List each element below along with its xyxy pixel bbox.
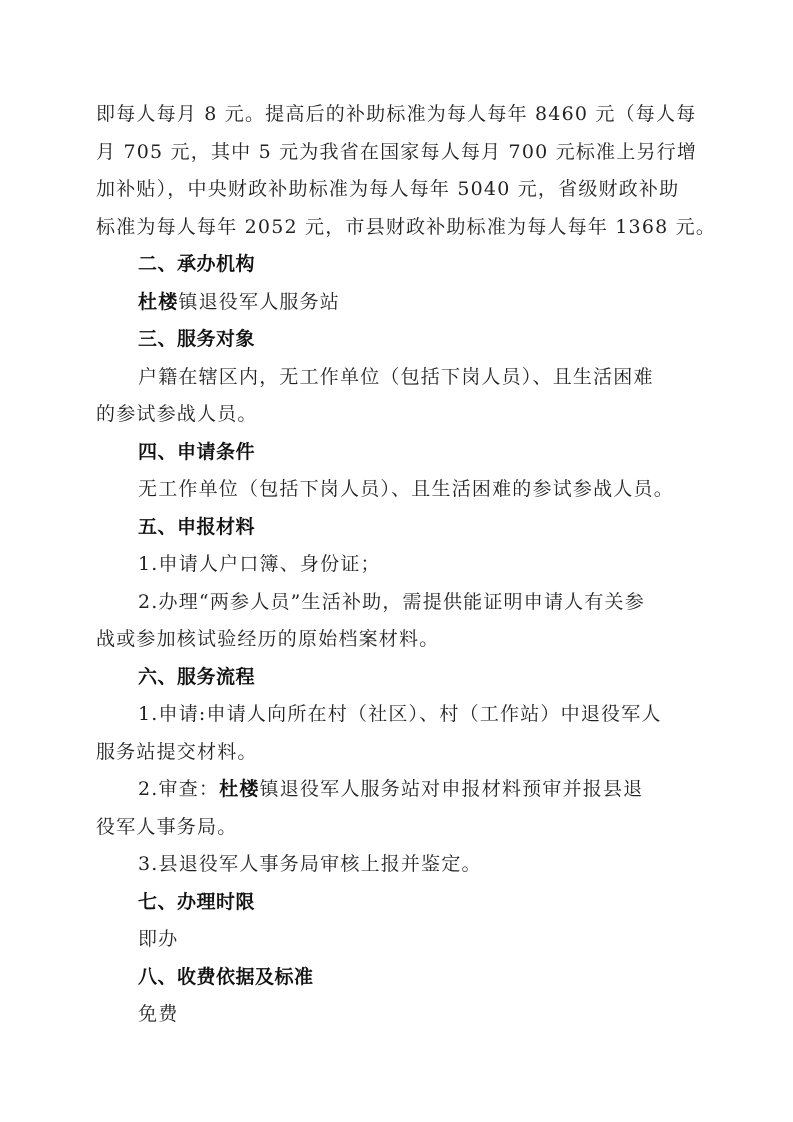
- step-2-prefix: 2.审查：: [138, 778, 219, 800]
- section-heading-time-limit: 七、办理时限: [96, 884, 708, 922]
- paragraph-line: 加补贴），中央财政补助标准为每人每年 5040 元，省级财政补助: [96, 171, 708, 209]
- paragraph-line: 月 705 元，其中 5 元为我省在国家每人每月 700 元标准上另行增: [96, 134, 708, 172]
- organizer-name: 镇退役军人服务站: [178, 291, 340, 313]
- section-heading-organizer: 二、承办机构: [96, 246, 708, 284]
- materials-item-1: 1.申请人户口簿、身份证；: [96, 546, 708, 584]
- document-page: 即每人每月 8 元。提高后的补助标准为每人每年 8460 元（每人每 月 705…: [96, 96, 708, 1034]
- time-limit-text: 即办: [96, 921, 708, 959]
- paragraph-line: 即每人每月 8 元。提高后的补助标准为每人每年 8460 元（每人每: [96, 96, 708, 134]
- materials-item-2: 2.办理“两参人员”生活补助，需提供能证明申请人有关参: [96, 584, 708, 622]
- paragraph-line: 无工作单位（包括下岗人员）、且生活困难的参试参战人员。: [96, 471, 708, 509]
- paragraph-line: 的参试参战人员。: [96, 396, 708, 434]
- paragraph-line: 户籍在辖区内，无工作单位（包括下岗人员）、且生活困难: [96, 359, 708, 397]
- organizer-text: 杜楼镇退役军人服务站: [96, 284, 708, 322]
- process-step-1: 1.申请:申请人向所在村（社区）、村（工作站）中退役军人: [96, 696, 708, 734]
- step-2-town: 杜楼: [219, 778, 259, 800]
- process-step-2-cont: 役军人事务局。: [96, 809, 708, 847]
- process-step-3: 3.县退役军人事务局审核上报并鉴定。: [96, 846, 708, 884]
- paragraph-line: 标准为每人每年 2052 元，市县财政补助标准为每人每年 1368 元。: [96, 209, 708, 247]
- section-heading-fees: 八、收费依据及标准: [96, 959, 708, 997]
- process-step-1-cont: 服务站提交材料。: [96, 734, 708, 772]
- organizer-town: 杜楼: [138, 291, 178, 313]
- section-heading-conditions: 四、申请条件: [96, 434, 708, 472]
- section-heading-service-target: 三、服务对象: [96, 321, 708, 359]
- materials-item-2-cont: 战或参加核试验经历的原始档案材料。: [96, 621, 708, 659]
- process-step-2: 2.审查：杜楼镇退役军人服务站对申报材料预审并报县退: [96, 771, 708, 809]
- section-heading-process: 六、服务流程: [96, 659, 708, 697]
- fees-text: 免费: [96, 996, 708, 1034]
- section-heading-materials: 五、申报材料: [96, 509, 708, 547]
- step-2-text: 镇退役军人服务站对申报材料预审并报县退: [260, 778, 644, 800]
